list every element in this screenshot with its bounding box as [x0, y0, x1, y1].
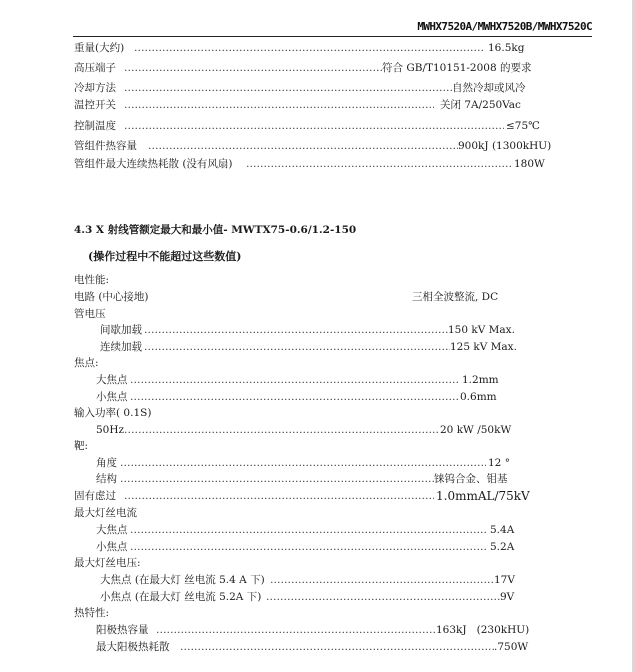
spec-value: 铼钨合金、钼基 [434, 471, 508, 487]
row-fv-large: 大焦点 (在最大灯 丝电流 5.4 A 下) ……………………………………………… [74, 572, 604, 588]
spec-label: 冷却方法 [74, 80, 116, 96]
row-intermittent: 间歇加载 ……………………………………………………………………………………………… [74, 322, 604, 338]
spec-label: 温控开关 [74, 97, 116, 113]
section-note: (操作过程中不能超过这些数值) [88, 248, 241, 264]
spec-value: 20 kW /50kW [440, 422, 511, 438]
row-large-focal: 大焦点 ………………………………………………………………………………………………… [74, 372, 604, 388]
row-continuous: 连续加载 ……………………………………………………………………………………………… [74, 339, 604, 355]
spec-value: 900kJ (1300kHU) [458, 138, 551, 154]
leader-dots: …………………………………………………………………………………………………………… [144, 339, 450, 355]
row-small-focal: 小焦点 ………………………………………………………………………………………………… [74, 389, 604, 405]
heading-input-power: 输入功率( 0.1S) [74, 405, 604, 421]
spec-label: 大焦点 (在最大灯 丝电流 5.4 A 下) [100, 572, 265, 588]
spec-value: 16.5kg [488, 40, 524, 56]
spec-value: 17V [494, 572, 515, 588]
spec-label: 控制温度 [74, 118, 116, 134]
spec-label: 最大阳极热耗散 [96, 639, 170, 655]
spec-value: 163kJ (230kHU) [436, 622, 529, 638]
spec-value: 自然冷却或风冷 [452, 80, 526, 96]
spec-value: 9V [500, 589, 514, 605]
spec-label: 50Hz [96, 422, 124, 438]
spec-value: 150 kV Max. [448, 322, 515, 338]
section-title: 4.3 X 射线管额定最大和最小值- MWTX75-0.6/1.2-150 [74, 222, 356, 237]
leader-dots: …………………………………………………………………………………………………………… [148, 138, 458, 154]
spec-value: 0.6mm [460, 389, 497, 405]
leader-dots: …………………………………………………………………………………………………………… [144, 322, 448, 338]
row-fc-small: 小焦点 ………………………………………………………………………………………………… [74, 539, 604, 555]
heading-label: 最大灯丝电压: [74, 555, 141, 571]
leader-dots: …………………………………………………………………………………………………………… [130, 389, 460, 405]
row-fv-small: 小焦点 (在最大灯 丝电流 5.2A 下) ………………………………………………… [74, 589, 604, 605]
heading-label: 靶: [74, 438, 88, 454]
heading-label: 焦点: [74, 355, 99, 371]
spec-row-control-temp: 控制温度 ……………………………………………………………………………………………… [74, 118, 604, 134]
spec-label: 角度 [96, 455, 117, 471]
heading-thermal: 热特性: [74, 605, 604, 621]
row-filtration: 固有虑过 ……………………………………………………………………………………………… [74, 488, 604, 504]
row-anode-heat: 阳极热容量 …………………………………………………………………………………………… [74, 622, 604, 638]
spec-value: 符合 GB/T10151-2008 的要求 [382, 60, 532, 76]
spec-label: 高压端子 [74, 60, 116, 76]
spec-label: 结构 [96, 471, 117, 487]
spec-value: 125 kV Max. [450, 339, 517, 355]
spec-value: ≤75℃ [506, 118, 540, 134]
heading-target: 靶: [74, 438, 604, 454]
leader-dots: …………………………………………………………………………………………………………… [270, 572, 494, 588]
spec-value: 1.2mm [462, 372, 499, 388]
leader-dots: …………………………………………………………………………………………………………… [124, 60, 382, 76]
leader-dots: …………………………………………………………………………………………………………… [124, 118, 504, 134]
spec-row-weight: 重量(大约) ………………………………………………………………………………………… [74, 40, 604, 56]
spec-row-hv-terminal: 高压端子 ……………………………………………………………………………………………… [74, 60, 604, 76]
spec-label: 连续加载 [100, 339, 142, 355]
spec-row-cooling: 冷却方法 ……………………………………………………………………………………………… [74, 80, 604, 96]
leader-dots: …………………………………………………………………………………………………………… [124, 80, 452, 96]
spec-row-heat-capacity: 管组件热容量 ………………………………………………………………………………………… [74, 138, 604, 154]
spec-label: 大焦点 [96, 522, 128, 538]
spec-label: 管组件热容量 [74, 138, 137, 154]
row-structure: 结构 …………………………………………………………………………………………………… [74, 471, 604, 487]
spec-label: 电路 (中心接地) [74, 289, 149, 305]
leader-dots: …………………………………………………………………………………………………………… [130, 522, 488, 538]
heading-label: 最大灯丝电流 [74, 505, 137, 521]
spec-label: 小焦点 (在最大灯 丝电流 5.2A 下) [100, 589, 261, 605]
spec-label: 阳极热容量 [96, 622, 149, 638]
leader-dots: …………………………………………………………………………………………………………… [134, 40, 484, 56]
row-50hz: 50Hz ……………………………………………………………………………………………… [74, 422, 604, 438]
spec-value: 关闭 7A/250Vac [440, 97, 521, 113]
heading-filament-current: 最大灯丝电流 [74, 505, 604, 521]
leader-dots: …………………………………………………………………………………………………………… [130, 539, 488, 555]
spec-value: .750W [494, 639, 528, 655]
spec-label: 管组件最大连续热耗散 (没有风扇) [74, 156, 233, 172]
leader-dots: …………………………………………………………………………………………………………… [266, 589, 500, 605]
leader-dots: …………………………………………………………………………………………………………… [120, 455, 486, 471]
spec-label: 间歇加载 [100, 322, 142, 338]
leader-dots: …………………………………………………………………………………………………………… [120, 471, 434, 487]
leader-dots: …………………………………………………………………………………………………………… [130, 372, 460, 388]
spec-label: 大焦点 [96, 372, 128, 388]
leader-dots: …………………………………………………………………………………………………………… [124, 97, 434, 113]
spec-value: 5.2A [490, 539, 514, 555]
row-anode-dissipation: 最大阳极热耗散 ……………………………………………………………………………………… [74, 639, 604, 655]
spec-label: 重量(大约) [74, 40, 124, 56]
spec-label: 小焦点 [96, 539, 128, 555]
header-rule [73, 36, 592, 37]
spec-label: 小焦点 [96, 389, 128, 405]
heading-label: 电性能: [74, 272, 109, 288]
spec-value: 三相全波整流, DC [412, 289, 498, 305]
spec-value: 12 ° [488, 455, 510, 471]
spec-row-thermal-switch: 温控开关 ……………………………………………………………………………………………… [74, 97, 604, 113]
spec-value: 5.4A [490, 522, 514, 538]
row-fc-large: 大焦点 ………………………………………………………………………………………………… [74, 522, 604, 538]
row-circuit: 电路 (中心接地) 三相全波整流, DC [74, 289, 604, 305]
heading-label: 热特性: [74, 605, 109, 621]
leader-dots: …………………………………………………………………………………………………………… [124, 488, 434, 504]
heading-focal: 焦点: [74, 355, 604, 371]
spec-label: 固有虑过 [74, 488, 116, 504]
leader-dots: …………………………………………………………………………………………………………… [156, 622, 436, 638]
document-header-model: MWHX7520A/MWHX7520B/MWHX7520C [417, 20, 592, 33]
leader-dots: …………………………………………………………………………………………………………… [246, 156, 512, 172]
heading-electrical: 电性能: [74, 272, 604, 288]
leader-dots: …………………………………………………………………………………………………………… [124, 422, 440, 438]
spec-row-max-dissipation: 管组件最大连续热耗散 (没有风扇) …………………………………………………………… [74, 156, 604, 172]
spec-value: 1.0mmAL/75kV [436, 488, 530, 504]
heading-filament-voltage: 最大灯丝电压: [74, 555, 604, 571]
heading-tube-voltage: 管电压 [74, 306, 604, 322]
row-angle: 角度 …………………………………………………………………………………………………… [74, 455, 604, 471]
leader-dots: …………………………………………………………………………………………………………… [180, 639, 494, 655]
spec-value: 180W [514, 156, 545, 172]
heading-label: 管电压 [74, 306, 106, 322]
heading-label: 输入功率( 0.1S) [74, 405, 151, 421]
